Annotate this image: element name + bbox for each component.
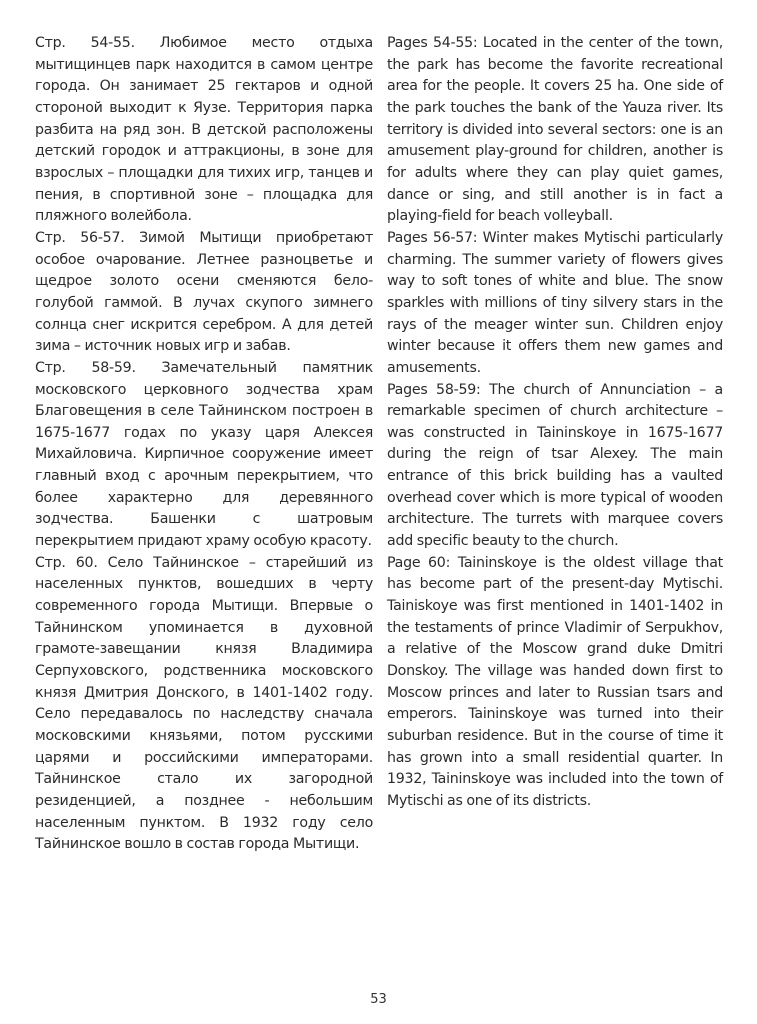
paragraph-pages-54-55-ru: Стр. 54-55. Любимое место отдыха мытищин… xyxy=(35,33,373,228)
paragraph-page-60-ru: Стр. 60. Село Тайнинское – старейший из … xyxy=(35,553,373,856)
paragraph-pages-58-59-en: Pages 58-59: The church of Annunciation … xyxy=(387,380,723,553)
page-number: 53 xyxy=(0,992,757,1007)
paragraph-pages-54-55-en: Pages 54-55: Located in the center of th… xyxy=(387,33,723,228)
paragraph-page-60-en: Page 60: Taininskoye is the oldest villa… xyxy=(387,553,723,813)
paragraph-pages-58-59-ru: Стр. 58-59. Замечательный памятник моско… xyxy=(35,358,373,553)
paragraph-pages-56-57-en: Pages 56-57: Winter makes Mytischi parti… xyxy=(387,228,723,380)
paragraph-pages-56-57-ru: Стр. 56-57. Зимой Мытищи приобретают осо… xyxy=(35,228,373,358)
russian-text-column: Стр. 54-55. Любимое место отдыха мытищин… xyxy=(35,33,373,856)
english-text-column: Pages 54-55: Located in the center of th… xyxy=(387,33,723,813)
